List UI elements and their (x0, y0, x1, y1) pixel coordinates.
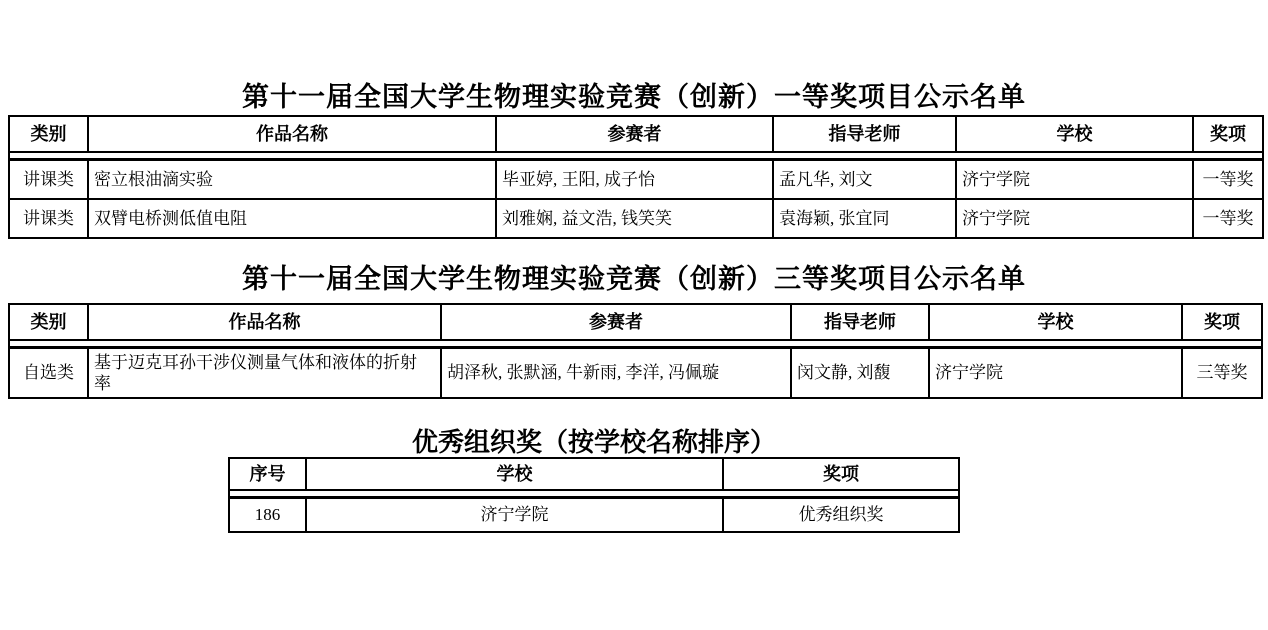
header-body-separator (10, 153, 1262, 161)
cell-school: 济宁学院 (305, 499, 722, 531)
cell-participants: 刘雅娴, 益文浩, 钱笑笑 (495, 198, 772, 237)
header-category: 类别 (10, 117, 87, 153)
cell-advisors: 孟凡华, 刘文 (772, 161, 955, 198)
header-award: 奖项 (1181, 305, 1261, 341)
cell-category: 讲课类 (10, 198, 87, 237)
cell-award: 三等奖 (1181, 349, 1261, 397)
organization-award-table: 序号 学校 奖项 186 济宁学院 优秀组织奖 (228, 457, 960, 533)
cell-work-name: 基于迈克耳孙干涉仪测量气体和液体的折射率 (87, 349, 440, 397)
header-advisors: 指导老师 (790, 305, 928, 341)
cell-award: 一等奖 (1192, 198, 1262, 237)
header-category: 类别 (10, 305, 87, 341)
header-advisors: 指导老师 (772, 117, 955, 153)
third-prize-title: 第十一届全国大学生物理实验竞赛（创新）三等奖项目公示名单 (0, 266, 1268, 293)
header-award: 奖项 (722, 459, 958, 491)
third-prize-table: 类别 作品名称 参赛者 指导老师 学校 奖项 自选类 基于迈克耳孙干涉仪测量气体… (8, 303, 1263, 399)
cell-participants: 胡泽秋, 张默涵, 牛新雨, 李洋, 冯佩璇 (440, 349, 790, 397)
cell-advisors: 袁海颖, 张宜同 (772, 198, 955, 237)
header-participants: 参赛者 (495, 117, 772, 153)
cell-serial-no: 186 (230, 499, 305, 531)
work-name-text: 基于迈克耳孙干涉仪测量气体和液体的折射率 (94, 352, 428, 395)
header-school: 学校 (928, 305, 1181, 341)
header-school: 学校 (955, 117, 1192, 153)
cell-participants: 毕亚婷, 王阳, 成子怡 (495, 161, 772, 198)
organization-award-title: 优秀组织奖（按学校名称排序） (228, 430, 960, 456)
document-page: { "colors": { "text": "#000000", "border… (0, 0, 1268, 630)
cell-award: 优秀组织奖 (722, 499, 958, 531)
header-body-separator (230, 491, 958, 499)
cell-award: 一等奖 (1192, 161, 1262, 198)
cell-school: 济宁学院 (955, 161, 1192, 198)
cell-school: 济宁学院 (955, 198, 1192, 237)
cell-advisors: 闵文静, 刘馥 (790, 349, 928, 397)
header-award: 奖项 (1192, 117, 1262, 153)
cell-school: 济宁学院 (928, 349, 1181, 397)
cell-work-name: 双臂电桥测低值电阻 (87, 198, 495, 237)
header-participants: 参赛者 (440, 305, 790, 341)
cell-category: 讲课类 (10, 161, 87, 198)
header-school: 学校 (305, 459, 722, 491)
header-body-separator (10, 341, 1261, 349)
header-work-name: 作品名称 (87, 117, 495, 153)
cell-category: 自选类 (10, 349, 87, 397)
header-serial-no: 序号 (230, 459, 305, 491)
cell-work-name: 密立根油滴实验 (87, 161, 495, 198)
first-prize-table: 类别 作品名称 参赛者 指导老师 学校 奖项 讲课类 密立根油滴实验 毕亚婷, … (8, 115, 1264, 239)
header-work-name: 作品名称 (87, 305, 440, 341)
first-prize-title: 第十一届全国大学生物理实验竞赛（创新）一等奖项目公示名单 (0, 84, 1268, 111)
